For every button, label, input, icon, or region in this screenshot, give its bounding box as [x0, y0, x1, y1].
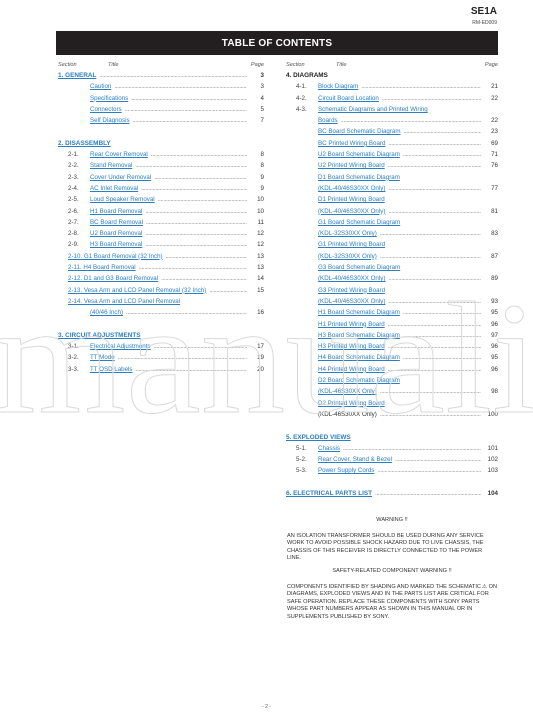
toc-entry-link[interactable]: Stand Removal [90, 160, 132, 171]
toc-entry-link[interactable]: D1 Printed Wiring Board [318, 194, 385, 205]
toc-entry-link[interactable]: (KDL-32S30XX Only) [318, 251, 377, 262]
toc-entry-link[interactable]: Power Supply Cords [318, 465, 374, 476]
toc-page: 97 [484, 330, 498, 341]
toc-page: 96 [484, 319, 498, 330]
toc-section: 1. GENERAL 3 [58, 70, 264, 81]
toc-entry: (KDL-32S30XX Only) 87 [286, 251, 498, 262]
toc-entry: Self Diagnosis 7 [58, 115, 264, 126]
toc-page: 103 [484, 465, 498, 476]
toc-page: 96 [484, 364, 498, 375]
toc-entry: (KDL-40/46S30XX Only) 81 [286, 206, 498, 217]
toc-entry-number: 5-1. [296, 443, 318, 454]
toc-section-link[interactable]: 2. DISASSEMBLY [58, 138, 111, 149]
toc-entry: G3 Printed Wiring Board [286, 285, 498, 296]
toc-entry: Boards 22 [286, 115, 498, 126]
page-number: - 2 - [0, 704, 533, 710]
toc-list: 4. DIAGRAMS 4-1. Block Diagram 21 4-2. C… [286, 70, 498, 499]
toc-entry-link[interactable]: Block Diagram [318, 81, 358, 92]
toc-entry: 2-13. Vesa Arm and LCD Panel Removal (32… [58, 285, 264, 296]
toc-entry-link[interactable]: H4 Printed Wiring Board [318, 364, 385, 375]
toc-section: 5. EXPLODED VIEWS [286, 432, 498, 443]
toc-entry-number: 5-3. [296, 465, 318, 476]
toc-entry-link[interactable]: 2-13. Vesa Arm and LCD Panel Removal (32… [68, 285, 206, 296]
toc-entry-link[interactable]: D1 Board Schematic Diagram [318, 172, 400, 183]
toc-entry: G1 Printed Wiring Board [286, 239, 498, 250]
spacer [286, 477, 498, 488]
toc-page: 71 [484, 149, 498, 160]
toc-entry: U2 Printed Wiring Board 76 [286, 160, 498, 171]
toc-entry: (KDL-46S30XX Only) 100 [286, 409, 498, 420]
toc-page: 23 [484, 126, 498, 137]
toc-section-link: 4. DIAGRAMS [286, 70, 328, 81]
toc-section-link[interactable]: 6. ELECTRICAL PARTS LIST [286, 488, 372, 499]
toc-entry: G3 Board Schematic Diagram [286, 262, 498, 273]
toc-page: 95 [484, 352, 498, 363]
toc-right-column: Section Title Page 4. DIAGRAMS 4-1. Bloc… [286, 60, 498, 499]
toc-entry-number: 5-2. [296, 454, 318, 465]
toc-entry-link[interactable]: Specifications [90, 93, 128, 104]
toc-entry-link[interactable]: Boards [318, 115, 338, 126]
toc-page: 69 [484, 138, 498, 149]
toc-section: 6. ELECTRICAL PARTS LIST 104 [286, 488, 498, 499]
toc-page: 20 [250, 364, 264, 375]
toc-page: 3 [250, 81, 264, 92]
toc-entry-number: 2-6. [68, 206, 90, 217]
toc-entry: U2 Board Schematic Diagram 71 [286, 149, 498, 160]
toc-page: 76 [484, 160, 498, 171]
column-header-title: Title [336, 60, 485, 70]
column-header: Section Title Page [286, 60, 498, 70]
toc-entry: 2-14. Vesa Arm and LCD Panel Removal [58, 296, 264, 307]
toc-page: 87 [484, 251, 498, 262]
toc-entry-number: 2-1. [68, 149, 90, 160]
toc-entry: BC Printed Wiring Board 69 [286, 138, 498, 149]
toc-entry: D1 Board Schematic Diagram [286, 172, 498, 183]
toc-page: 95 [484, 307, 498, 318]
toc-page: 5 [250, 104, 264, 115]
toc-entry-link[interactable]: (KDL-40/46S30XX Only) [318, 273, 385, 284]
toc-entry: 2-1. Rear Cover Removal 8 [58, 149, 264, 160]
toc-entry-link[interactable]: G3 Board Schematic Diagram [318, 262, 400, 273]
toc-entry-link: (KDL-46S30XX Only) [318, 409, 377, 420]
toc-entry-link[interactable]: (40/46 Inch) [90, 307, 123, 318]
toc-entry-link[interactable]: (KDL-40/46S30XX Only) [318, 206, 385, 217]
toc-section: 3. CIRCUIT ADJUSTMENTS [58, 330, 264, 341]
toc-page: 17 [250, 341, 264, 352]
toc-entry-link[interactable]: 2-10. G1 Board Removal (32 Inch) [68, 251, 163, 262]
toc-entry: 3-3. TT OSD Labels 20 [58, 364, 264, 375]
toc-entry-link[interactable]: Schematic Diagrams and Printed Wiring [318, 104, 428, 115]
column-header-page: Page [485, 60, 498, 70]
toc-page: 15 [250, 285, 264, 296]
toc-entry-number: 2-5. [68, 194, 90, 205]
toc-page: 81 [484, 206, 498, 217]
toc-entry-link[interactable]: Chassis [318, 443, 340, 454]
toc-entry-link[interactable]: Connectors [90, 104, 122, 115]
toc-page: 13 [250, 251, 264, 262]
toc-entry-link[interactable]: 2-11. H4 Board Removal [68, 262, 136, 273]
toc-entry-link[interactable]: D2 Printed Wiring Board [318, 398, 385, 409]
toc-entry-link[interactable]: TT Mode [90, 352, 115, 363]
toc-entry-link[interactable]: Rear Cover Removal [90, 149, 148, 160]
safety-mark-icon: ⚠ ON [482, 584, 497, 592]
toc-entry: 2-8. U2 Board Removal 12 [58, 228, 264, 239]
toc-entry-number: 4-1. [296, 81, 318, 92]
column-header: Section Title Page [58, 60, 264, 70]
toc-entry: 2-9. H3 Board Removal 12 [58, 239, 264, 250]
toc-entry-link[interactable]: TT OSD Labels [90, 364, 133, 375]
toc-entry: 2-3. Cover Under Removal 9 [58, 172, 264, 183]
toc-entry-link[interactable]: U2 Printed Wiring Board [318, 160, 385, 171]
toc-entry-number: 2-2. [68, 160, 90, 171]
toc-entry: H1 Board Schematic Diagram 95 [286, 307, 498, 318]
toc-entry-link[interactable]: Cover Under Removal [90, 172, 151, 183]
safety-warning-title: SAFETY-RELATED COMPONENT WARNING !! [287, 568, 497, 576]
column-header-title: Title [108, 60, 251, 70]
toc-entry-number: 4-3. [296, 104, 318, 115]
toc-entry-link[interactable]: 2-14. Vesa Arm and LCD Panel Removal [68, 296, 180, 307]
toc-entry-link[interactable]: H3 Printed Wiring Board [318, 341, 385, 352]
toc-entry-link[interactable]: D2 Board Schematic Diagram [318, 375, 400, 386]
toc-entry: BC Board Schematic Diagram 23 [286, 126, 498, 137]
toc-page: 12 [250, 228, 264, 239]
spacer [58, 319, 264, 330]
toc-page: 4 [250, 93, 264, 104]
toc-entry: 2-12. D1 and G3 Board Removal 14 [58, 273, 264, 284]
toc-entry: (KDL-40/46S30XX Only) 93 [286, 296, 498, 307]
toc-page: 10 [250, 194, 264, 205]
toc-entry-link[interactable]: Loud Speaker Removal [90, 194, 155, 205]
toc-entry-link[interactable]: U2 Board Removal [90, 228, 142, 239]
toc-entry-number: 3-1. [68, 341, 90, 352]
toc-entry-link[interactable]: Electrical Adjustments [90, 341, 151, 352]
toc-entry: D2 Printed Wiring Board [286, 398, 498, 409]
warning-block: WARNING !! AN ISOLATION TRANSFORMER SHOU… [287, 517, 497, 622]
toc-entry: D2 Board Schematic Diagram [286, 375, 498, 386]
page-title-banner: TABLE OF CONTENTS [56, 31, 498, 55]
toc-entry: 4-1. Block Diagram 21 [286, 81, 498, 92]
toc-entry: 2-10. G1 Board Removal (32 Inch) 13 [58, 251, 264, 262]
toc-page: 13 [250, 262, 264, 273]
toc-entry-link[interactable]: BC Printed Wiring Board [318, 138, 385, 149]
toc-page: 100 [484, 409, 498, 420]
toc-entry-link[interactable]: BC Board Schematic Diagram [318, 126, 401, 137]
toc-entry-number: 2-4. [68, 183, 90, 194]
toc-entry: H4 Printed Wiring Board 96 [286, 364, 498, 375]
toc-section-link[interactable]: 3. CIRCUIT ADJUSTMENTS [58, 330, 141, 341]
toc-entry: H3 Printed Wiring Board 96 [286, 341, 498, 352]
toc-list: 1. GENERAL 3 Caution 3 Specifications 4 … [58, 70, 264, 375]
toc-entry-link[interactable]: Circuit Board Location [318, 93, 379, 104]
toc-entry: 5-1. Chassis 101 [286, 443, 498, 454]
toc-entry: 2-4. AC Inlet Removal 9 [58, 183, 264, 194]
toc-page: 101 [484, 443, 498, 454]
column-header-page: Page [251, 60, 264, 70]
toc-page: 9 [250, 172, 264, 183]
spacer [286, 420, 498, 431]
toc-section: 4. DIAGRAMS [286, 70, 498, 81]
toc-entry: H3 Board Schematic Diagram 97 [286, 330, 498, 341]
toc-entry-number: 2-8. [68, 228, 90, 239]
toc-entry-link[interactable]: (KDL-40/46S30XX Only) [318, 296, 385, 307]
toc-entry-link[interactable]: H1 Board Removal [90, 206, 142, 217]
toc-entry: 5-2. Rear Cover, Stand & Bezel 102 [286, 454, 498, 465]
toc-page: 3 [250, 70, 264, 81]
toc-page: 10 [250, 206, 264, 217]
toc-page: 12 [250, 239, 264, 250]
toc-entry-link[interactable]: Caution [90, 81, 111, 92]
toc-entry: 4-3. Schematic Diagrams and Printed Wiri… [286, 104, 498, 115]
toc-entry-link[interactable]: H1 Printed Wiring Board [318, 319, 385, 330]
toc-page: 9 [250, 183, 264, 194]
toc-entry-link[interactable]: G1 Printed Wiring Board [318, 239, 385, 250]
toc-section-link[interactable]: 5. EXPLODED VIEWS [286, 432, 351, 443]
toc-section: 2. DISASSEMBLY [58, 138, 264, 149]
column-header-section: Section [58, 60, 108, 70]
toc-entry: Specifications 4 [58, 93, 264, 104]
toc-entry: (KDL-40/46S30XX Only) 89 [286, 273, 498, 284]
column-header-section: Section [286, 60, 336, 70]
document-code: RM-ED009 [472, 20, 497, 26]
toc-page: 19 [250, 352, 264, 363]
model-code: SE1A [471, 6, 497, 17]
toc-page: 98 [484, 386, 498, 397]
toc-page: 104 [484, 488, 498, 499]
toc-page: 83 [484, 228, 498, 239]
toc-page: 89 [484, 273, 498, 284]
toc-page: 102 [484, 454, 498, 465]
toc-page: 8 [250, 149, 264, 160]
toc-page: 21 [484, 81, 498, 92]
toc-entry-link[interactable]: Rear Cover, Stand & Bezel [318, 454, 392, 465]
toc-entry-link[interactable]: H4 Board Schematic Diagram [318, 352, 400, 363]
toc-entry: (KDL-46S30XX Only) 98 [286, 386, 498, 397]
toc-entry: 2-5. Loud Speaker Removal 10 [58, 194, 264, 205]
toc-entry-link[interactable]: Self Diagnosis [90, 115, 130, 126]
toc-entry: 2-7. BC Board Removal 11 [58, 217, 264, 228]
toc-entry-number: 2-9. [68, 239, 90, 250]
toc-entry: 2-2. Stand Removal 8 [58, 160, 264, 171]
safety-warning-body: COMPONENTS IDENTIFIED BY SHADING AND MAR… [287, 584, 489, 620]
toc-entry-link[interactable]: AC Inlet Removal [90, 183, 138, 194]
toc-entry-link[interactable]: (KDL-46S30XX Only) [318, 386, 377, 397]
toc-entry-link[interactable]: H3 Board Schematic Diagram [318, 330, 400, 341]
toc-entry-number: 2-3. [68, 172, 90, 183]
toc-entry: Connectors 5 [58, 104, 264, 115]
toc-entry-link[interactable]: (KDL-32S30XX Only) [318, 228, 377, 239]
toc-entry-number: 3-2. [68, 352, 90, 363]
toc-entry-link[interactable]: H1 Board Schematic Diagram [318, 307, 400, 318]
toc-page: 8 [250, 160, 264, 171]
toc-page: 93 [484, 296, 498, 307]
warning-body: AN ISOLATION TRANSFORMER SHOULD BE USED … [287, 533, 497, 563]
toc-page: 77 [484, 183, 498, 194]
toc-page: 7 [250, 115, 264, 126]
toc-page: 16 [250, 307, 264, 318]
toc-page: 22 [484, 115, 498, 126]
toc-entry: Caution 3 [58, 81, 264, 92]
toc-page: 11 [250, 217, 264, 228]
toc-entry-link[interactable]: BC Board Removal [90, 217, 143, 228]
toc-entry: 2-6. H1 Board Removal 10 [58, 206, 264, 217]
warning-title: WARNING !! [287, 517, 497, 525]
toc-page: 96 [484, 341, 498, 352]
toc-entry-link[interactable]: G1 Board Schematic Diagram [318, 217, 400, 228]
toc-left-column: Section Title Page 1. GENERAL 3 Caution … [58, 60, 264, 375]
toc-entry: H1 Printed Wiring Board 96 [286, 319, 498, 330]
toc-entry-number: 2-7. [68, 217, 90, 228]
toc-entry-link[interactable]: U2 Board Schematic Diagram [318, 149, 400, 160]
toc-entry: 2-11. H4 Board Removal 13 [58, 262, 264, 273]
toc-entry: (KDL-32S30XX Only) 83 [286, 228, 498, 239]
toc-entry-link[interactable]: G3 Printed Wiring Board [318, 285, 385, 296]
toc-entry: D1 Printed Wiring Board [286, 194, 498, 205]
toc-entry-link[interactable]: 2-12. D1 and G3 Board Removal [68, 273, 158, 284]
toc-entry: G1 Board Schematic Diagram [286, 217, 498, 228]
spacer [58, 126, 264, 137]
toc-entry-link[interactable]: (KDL-40/46S30XX Only) [318, 183, 385, 194]
toc-entry: (40/46 Inch) 16 [58, 307, 264, 318]
toc-entry: H4 Board Schematic Diagram 95 [286, 352, 498, 363]
toc-entry: 3-1. Electrical Adjustments 17 [58, 341, 264, 352]
toc-entry: 5-3. Power Supply Cords 103 [286, 465, 498, 476]
toc-section-link[interactable]: 1. GENERAL [58, 70, 96, 81]
toc-page: 14 [250, 273, 264, 284]
toc-entry: 3-2. TT Mode 19 [58, 352, 264, 363]
toc-entry-number: 4-2. [296, 93, 318, 104]
toc-entry: (KDL-40/46S30XX Only) 77 [286, 183, 498, 194]
toc-entry-number: 3-3. [68, 364, 90, 375]
toc-page: 22 [484, 93, 498, 104]
toc-entry-link[interactable]: H3 Board Removal [90, 239, 142, 250]
toc-entry: 4-2. Circuit Board Location 22 [286, 93, 498, 104]
